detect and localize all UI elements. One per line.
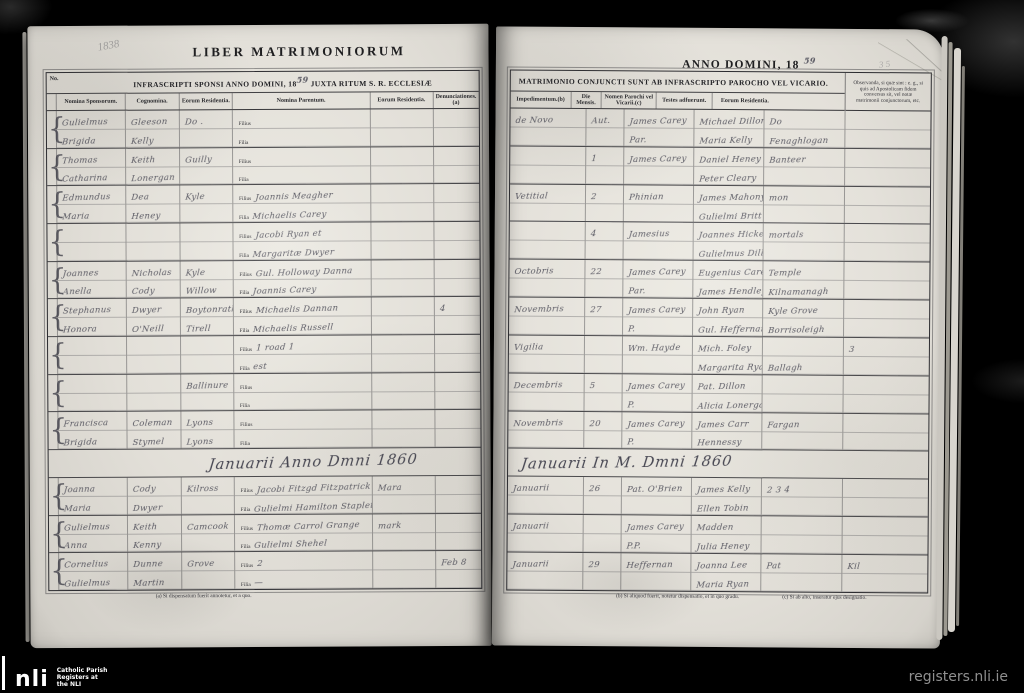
register-cell <box>433 109 479 146</box>
register-cell: DunneMartin <box>128 553 183 590</box>
register-cell <box>585 336 623 373</box>
filius-filia-label: Filius <box>241 526 253 531</box>
handwritten-entry: Gulielmus <box>64 578 111 590</box>
register-line <box>764 167 845 185</box>
register-line: 2 <box>586 185 623 204</box>
handwritten-year-left: 59 <box>296 75 308 85</box>
register-cell: de Novo <box>510 109 587 146</box>
filius-filia-label: Filius <box>240 423 252 428</box>
register-cell: StephanusHonora <box>58 299 126 336</box>
handwritten-entry: Edmundus <box>62 192 111 204</box>
register-line: James Carey <box>625 109 694 128</box>
register-line <box>436 570 481 588</box>
register-cell: Octobris <box>509 260 586 297</box>
handwritten-entry: P. <box>628 324 636 334</box>
handwritten-entry: Borrisoleigh <box>767 325 825 336</box>
register-line <box>434 222 479 241</box>
handwritten-entry: Jacobi Fitzgd Fitzpatrick <box>256 482 371 496</box>
register-line: Ballagh <box>762 356 843 374</box>
nli-watermark: nli Catholic Parish Registers at the NLI <box>2 656 107 690</box>
right-main-header: MATRIMONIO CONJUNCTI SUNT AB INFRASCRIPT… <box>517 76 845 87</box>
register-cell <box>372 410 435 447</box>
register-line: Mara <box>372 476 434 495</box>
register-line: FiliaMargaritæ Dwyer <box>234 241 370 260</box>
register-line <box>762 432 843 450</box>
register-cell: Vetitial <box>510 184 587 221</box>
register-cell: LyonsLyons <box>181 412 234 449</box>
register-line <box>435 391 480 409</box>
handwritten-entry: Mara <box>377 483 402 494</box>
register-cell: Eugenius CareyJames Hendley <box>693 261 763 298</box>
register-line <box>372 410 434 429</box>
register-cell: DoFenaghlogan <box>764 110 846 147</box>
handwritten-entry: Heffernan <box>626 560 673 571</box>
register-cell: 2 3 4 <box>761 479 843 516</box>
handwritten-entry: Januarii <box>513 484 550 495</box>
register-line <box>181 242 233 260</box>
handwritten-entry: James Carey <box>629 154 687 165</box>
register-line <box>371 279 433 297</box>
handwritten-entry: Novembris <box>513 418 564 429</box>
register-cell <box>844 262 929 299</box>
register-line: Camcook <box>182 515 234 534</box>
register-line: Heney <box>126 205 180 223</box>
register-line: Gulielmi Britt <box>694 204 763 222</box>
register-cell: FiliusJacobi Fitzgd FitzpatrickFiliaGuli… <box>235 476 373 513</box>
register-cell <box>58 337 126 374</box>
register-line: Stymel <box>127 431 181 449</box>
register-line: Dwyer <box>126 299 180 318</box>
register-cell: FiliusJoannis MeagherFiliaMichaelis Care… <box>233 185 371 222</box>
handwritten-entry: Gleeson <box>130 117 167 128</box>
handwritten-entry: Daniel Heney <box>699 154 762 165</box>
register-cell: 3 <box>844 338 929 375</box>
register-line: Guilly <box>180 148 232 167</box>
register-line: Willow <box>181 280 233 298</box>
register-line <box>434 241 479 259</box>
register-cell: KeithLonergan <box>126 148 181 185</box>
register-line: Margarita Ryan <box>693 356 762 374</box>
handwritten-entry: Maria <box>62 212 90 223</box>
register-row: {GulielmusAnnaKeithKennyCamcookFiliusTho… <box>49 514 481 554</box>
register-cell <box>127 336 182 373</box>
register-line: FiliusJacobi Ryan et <box>234 222 370 242</box>
register-line: Kil <box>842 555 927 575</box>
register-line <box>370 109 432 128</box>
handwritten-entry: Gulielmus <box>64 522 111 534</box>
register-line: Pat. O'Brien <box>622 478 691 497</box>
register-line <box>372 335 434 354</box>
filius-filia-label: Filia <box>240 366 250 371</box>
handwritten-entry: Do . <box>185 117 204 128</box>
register-line <box>436 532 481 550</box>
handwritten-entry: Temple <box>768 268 802 279</box>
register-cell: FiliusFilia <box>233 147 371 184</box>
register-cell <box>435 410 481 447</box>
bracket-mark: { <box>48 187 66 223</box>
register-line: Jamesius <box>624 223 693 242</box>
register-line: Pat. Dillon <box>693 375 762 394</box>
register-line: Do . <box>180 110 232 129</box>
register-line: Lyons <box>181 412 233 431</box>
column-header-eorum-residentia: Eorum Residentia. <box>180 93 233 109</box>
register-cell: 22 <box>586 260 624 297</box>
register-line: FiliusJoannis Meagher <box>233 185 369 205</box>
handwritten-entry: Brigida <box>64 437 98 448</box>
footnote-c: (c) Si ab alio, inseratur ejus designati… <box>782 595 866 601</box>
register-line: Joanna Lee <box>691 554 760 573</box>
handwritten-year-annotation: Januarii Anno Dmni 1860 <box>208 452 419 474</box>
register-cell: GulielmusAnna <box>59 515 127 552</box>
register-line <box>624 166 693 184</box>
register-line <box>845 168 930 187</box>
register-cell: Fargan <box>762 413 844 450</box>
register-line: Cornelius <box>59 553 126 572</box>
register-cell: Decembris <box>508 373 585 410</box>
register-line <box>127 374 181 393</box>
register-cell <box>372 373 435 410</box>
handwritten-entry: Mich. Foley <box>697 343 751 354</box>
register-line: Maria <box>58 205 125 223</box>
register-line <box>434 203 479 221</box>
handwritten-entry: Tirell <box>186 324 211 335</box>
register-line <box>587 166 624 184</box>
register-row: {FiliusJacobi Ryan etFiliaMargaritæ Dwye… <box>47 222 479 262</box>
register-line: mon <box>764 186 845 205</box>
handwritten-entry: Michaelis Russell <box>253 323 334 336</box>
handwritten-entry: de Novo <box>515 115 554 126</box>
left-table-body: {GulielmusBrigidaGleesonKellyDo .FiliusF… <box>47 109 482 590</box>
register-line: James Carey <box>622 516 691 535</box>
handwritten-entry: Margaritæ Dwyer <box>252 247 334 260</box>
handwritten-entry: Grove <box>187 559 215 570</box>
register-line <box>58 224 125 243</box>
register-cell: James CareyPar. <box>625 109 695 146</box>
register-line: FiliaMichaelis Carey <box>233 204 369 223</box>
handwritten-entry: Michaelis Carey <box>252 210 327 222</box>
register-row: Octobris22James CareyPar.Eugenius CareyJ… <box>509 260 929 301</box>
register-line: FiliusMichaelis Dannan <box>234 298 370 318</box>
handwritten-entry: Camcook <box>187 521 230 532</box>
register-line <box>371 260 433 279</box>
register-line: James Carey <box>623 412 692 431</box>
register-line <box>584 515 621 534</box>
register-cell <box>126 223 181 260</box>
left-main-header-prefix: INFRASCRIPTI SPONSI ANNO DOMINI, 18 <box>133 80 296 90</box>
register-cell: Pat. DillonAlicia Lonergan <box>692 375 762 412</box>
handwritten-entry: mark <box>377 520 401 531</box>
handwritten-entry: Decembris <box>513 380 563 391</box>
register-cell: Daniel HeneyPeter Cleary <box>694 148 764 185</box>
register-cell: { <box>49 478 60 515</box>
register-cell <box>435 335 481 372</box>
handwritten-entry: Fargan <box>767 420 800 431</box>
register-line: Eugenius Carey <box>693 261 762 280</box>
handwritten-entry: 4 <box>591 229 598 239</box>
handwritten-entry: Vigilia <box>514 342 544 353</box>
register-line: Dwyer <box>127 496 181 514</box>
register-line <box>436 514 481 533</box>
handwritten-entry: Feb 8 <box>440 558 466 569</box>
column-header-die-mensis: Die Mensis. <box>571 92 601 108</box>
register-cell: James CareyP. <box>623 374 693 411</box>
handwritten-entry: Pat <box>766 561 782 571</box>
register-line: FiliaJoannis Carey <box>234 279 370 298</box>
handwritten-entry: O'Neill <box>131 324 164 335</box>
bracket-mark: { <box>49 262 67 298</box>
register-line <box>58 243 125 261</box>
handwritten-entry: Dwyer <box>132 503 162 514</box>
register-cell: Pat <box>761 554 843 591</box>
register-line <box>371 241 433 259</box>
register-line <box>373 551 435 570</box>
handwritten-entry: 4 <box>439 304 445 314</box>
register-line: Gulielmus <box>59 515 126 534</box>
register-line <box>127 336 181 355</box>
register-line: Edmundus <box>58 186 125 205</box>
register-line <box>624 242 693 260</box>
register-cell: James CareyP. <box>623 298 693 335</box>
register-cell: Ballagh <box>762 337 844 374</box>
register-cell <box>843 479 928 516</box>
register-cell: mark <box>372 514 435 551</box>
handwritten-entry: Willow <box>185 286 217 297</box>
register-line <box>587 128 624 146</box>
filius-filia-label: Filia <box>239 291 249 296</box>
handwritten-entry: James Carey <box>629 116 687 127</box>
handwritten-entry: Kyle <box>185 268 205 279</box>
handwritten-entry: Joanna <box>64 484 96 495</box>
handwritten-entry: Dea <box>131 193 150 204</box>
handwritten-entry: Madden <box>696 523 734 534</box>
register-line: Nicholas <box>126 261 180 280</box>
register-cell: Novembris <box>508 411 585 448</box>
handwritten-entry: Ellen Tobin <box>696 504 749 515</box>
register-line <box>58 356 125 374</box>
register-row: Vetitial2PhinianJames MahonyGulielmi Bri… <box>510 184 930 225</box>
handwritten-entry: P. <box>627 400 635 410</box>
register-line: Alicia Lonergan <box>692 394 761 412</box>
register-line <box>623 355 692 373</box>
register-line: Filius <box>235 411 371 431</box>
register-cell: Camcook <box>182 515 235 552</box>
handwritten-entry: Cody <box>131 287 155 298</box>
column-header-impedimentum: Impedimentum.(b) <box>511 92 572 108</box>
register-row: de NovoAut.James CareyPar.Michael Dillon… <box>510 109 930 150</box>
register-line <box>510 222 586 241</box>
register-line: Cody <box>127 477 181 496</box>
register-line: 29 <box>584 553 621 572</box>
register-cell: { <box>47 111 58 148</box>
register-line <box>761 517 842 536</box>
register-cell: BoytonrathTirell <box>181 298 234 335</box>
register-line: Lonergan <box>126 167 180 185</box>
handwritten-entry: 2 <box>591 192 598 202</box>
register-cell: Mich. FoleyMargarita Ryan <box>693 337 763 374</box>
register-line <box>622 497 691 515</box>
register-cell: James Carey <box>624 147 694 184</box>
register-line <box>843 517 928 537</box>
register-line: Januarii <box>507 553 583 572</box>
handwritten-entry: James Hendley <box>698 287 762 298</box>
register-line <box>621 572 690 590</box>
right-table-body: de NovoAut.James CareyPar.Michael Dillon… <box>507 109 930 593</box>
register-row: VigiliaWm. HaydeMich. FoleyMargarita Rya… <box>509 336 929 377</box>
register-row: Novembris20James CareyP.James CarrHennes… <box>508 411 928 452</box>
register-line: Phinian <box>624 185 693 204</box>
register-line: James Carey <box>624 147 693 166</box>
handwritten-entry: Thomas <box>62 155 98 166</box>
column-header-testes: Testes adfuerunt. <box>657 93 713 109</box>
handwritten-entry: Jamesius <box>629 229 671 240</box>
register-cell: KeithKenny <box>128 515 183 552</box>
handwritten-entry: Guilly <box>185 154 213 165</box>
register-line: Anella <box>58 280 125 298</box>
register-cell <box>434 147 480 184</box>
handwritten-entry: Kenny <box>132 541 161 552</box>
register-line: Coleman <box>127 412 181 431</box>
filius-filia-label: Filius <box>240 385 252 390</box>
bracket-mark: { <box>48 149 66 185</box>
handwritten-year-annotation: Januarii In M. Dmni 1860 <box>520 454 733 473</box>
register-line <box>585 393 622 411</box>
handwritten-entry: Maria <box>64 503 92 514</box>
handwritten-entry: Gulielmi Hamilton Stapleton <box>254 500 372 514</box>
handwritten-year-right: 59 <box>803 56 816 66</box>
register-line: Mich. Foley <box>693 337 762 356</box>
register-line: 3 <box>844 338 929 358</box>
register-line <box>763 205 844 223</box>
left-page-scan: 1838 LIBER MATRIMONIORUM No. INFRASCRIPT… <box>27 24 491 648</box>
register-line: 2 3 4 <box>762 479 843 498</box>
register-line: Filia <box>235 430 371 449</box>
register-line <box>845 149 930 169</box>
register-cell <box>181 336 234 373</box>
register-cell: { <box>49 553 60 590</box>
register-line: P. <box>622 431 691 449</box>
register-cell: Januarii <box>508 477 585 514</box>
filius-filia-label: Filius <box>239 159 251 164</box>
register-line <box>434 278 479 296</box>
register-row: 4JamesiusJoannes HickeyGulielmus Dillonm… <box>510 222 930 263</box>
register-cell <box>371 260 434 297</box>
register-line: Octobris <box>509 260 585 279</box>
register-cell: CorneliusGulielmus <box>59 553 127 590</box>
register-cell: FiliusFilia <box>234 373 372 410</box>
register-line <box>372 392 434 410</box>
register-row: {Filius1 road 1Filiaest <box>48 335 480 375</box>
register-line <box>372 373 434 392</box>
register-line: 27 <box>586 298 623 317</box>
handwritten-entry: 20 <box>589 419 601 429</box>
register-cell: Kilross <box>182 477 235 514</box>
register-line: 5 <box>585 374 622 393</box>
register-row: {GulielmusBrigidaGleesonKellyDo .FiliusF… <box>47 109 479 149</box>
register-cell: EdmundusMaria <box>58 186 126 223</box>
register-line <box>181 393 233 411</box>
handwritten-entry: Joanna Lee <box>696 561 748 572</box>
column-header-cognomina: Cognomina. <box>125 93 180 109</box>
register-line <box>435 335 480 354</box>
register-line <box>180 204 232 222</box>
column-header-nomen-parochi: Nomen Parochi vel Vicarii.(c) <box>601 92 657 108</box>
register-line: John Ryan <box>693 299 762 318</box>
register-line <box>434 316 479 334</box>
register-line: FiliaGulielmi Shehel <box>235 533 371 552</box>
register-line <box>372 429 434 447</box>
register-line: Filia <box>233 166 369 185</box>
right-title-prefix: ANNO DOMINI, 18 <box>682 59 799 72</box>
register-line: Peter Cleary <box>694 167 763 185</box>
handwritten-entry: 3 <box>849 345 856 355</box>
handwritten-entry: Heney <box>131 211 161 222</box>
register-line <box>845 224 930 244</box>
register-line: Kelly <box>126 129 180 147</box>
register-cell: Novembris <box>509 298 586 335</box>
register-cell: Wm. Hayde <box>623 336 693 373</box>
register-line: Novembris <box>508 411 584 430</box>
handwritten-entry: Stymel <box>132 437 164 448</box>
register-line: James Carey <box>623 298 692 317</box>
register-line: Filia <box>234 392 370 411</box>
register-cell: Mara <box>372 476 435 513</box>
register-line: Decembris <box>509 373 585 392</box>
register-line: Heffernan <box>622 553 691 572</box>
register-cell: JoannaMaria <box>59 478 127 515</box>
register-cell: FiliusFilia <box>233 109 371 146</box>
register-cell: { <box>47 186 58 223</box>
handwritten-entry: Maria Ryan <box>696 579 750 590</box>
register-line <box>842 574 927 593</box>
register-line: Martin <box>128 572 182 590</box>
handwritten-entry: Januarii <box>512 559 549 570</box>
register-cell: Feb 8 <box>436 551 482 588</box>
register-line <box>584 534 621 552</box>
register-cell <box>370 109 433 146</box>
register-row: Januarii29HeffernanJoanna LeeMaria RyanP… <box>507 553 927 593</box>
register-line <box>181 355 233 373</box>
handwritten-entry: Phinian <box>629 192 665 203</box>
register-line: Wm. Hayde <box>623 336 692 355</box>
register-cell <box>761 517 843 554</box>
handwritten-entry: Honora <box>63 324 98 335</box>
register-line <box>435 429 480 447</box>
register-line <box>435 495 480 513</box>
register-cell <box>434 222 480 259</box>
register-line: James Carey <box>623 374 692 393</box>
register-line <box>434 147 479 166</box>
register-cell: Do . <box>180 110 233 147</box>
register-row: {FranciscaBrigidaColemanStymelLyonsLyons… <box>48 410 480 450</box>
handwritten-entry: Fenaghlogan <box>769 136 829 147</box>
register-line <box>846 111 931 131</box>
register-cell: FiliusGul. Holloway DannaFiliaJoannis Ca… <box>234 260 372 297</box>
filius-filia-label: Filius <box>241 564 253 569</box>
register-line <box>510 127 586 145</box>
filius-filia-label: Filius <box>239 121 251 126</box>
register-cell: James CareyP.P. <box>622 516 692 553</box>
register-cell <box>127 374 182 411</box>
bracket-mark: { <box>50 478 68 514</box>
register-row: Decembris5James CareyP.Pat. DillonAlicia… <box>508 373 928 414</box>
register-line: Boytonrath <box>181 298 233 317</box>
register-line: FiliusGul. Holloway Danna <box>234 260 370 280</box>
register-row: {CorneliusGulielmusDunneMartinGroveFiliu… <box>49 551 481 590</box>
register-cell: Grove <box>182 553 235 590</box>
register-line <box>844 281 929 300</box>
filius-filia-label: Filia <box>240 328 250 333</box>
register-line <box>180 167 232 185</box>
